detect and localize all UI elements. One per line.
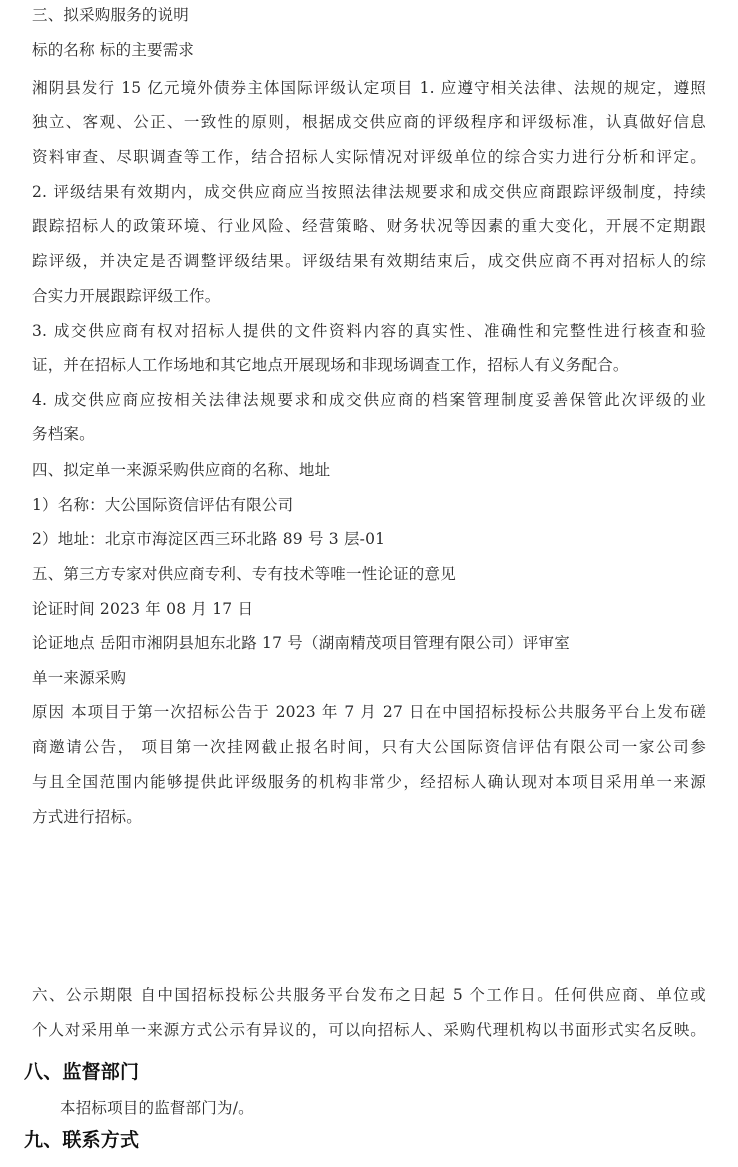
- section-5-heading: 五、第三方专家对供应商专利、专有技术等唯一性论证的意见: [32, 564, 456, 584]
- section-3-subheading: 标的名称 标的主要需求: [32, 40, 194, 60]
- supplier-address: 2）地址：北京市海淀区西三环北路 89 号 3 层-01: [32, 529, 385, 549]
- section-3-line: 合实力开展跟踪评级工作。: [32, 286, 220, 306]
- section-8-heading: 八、监督部门: [24, 1062, 139, 1082]
- section-6-line: 六、公示期限 自中国招标投标公共服务平台发布之日起 5 个工作日。任何供应商、单…: [32, 985, 706, 1005]
- section-9-heading: 九、联系方式: [24, 1130, 139, 1150]
- procurement-method: 单一来源采购: [32, 668, 126, 688]
- reason-line: 商邀请公告， 项目第一次挂网截止报名时间，只有大公国际资信评估有限公司一家公司参: [32, 737, 706, 757]
- section-3-line: 4. 成交供应商应按相关法律法规要求和成交供应商的档案管理制度妥善保管此次评级的…: [32, 390, 706, 410]
- reason-line: 原因 本项目于第一次招标公告于 2023 年 7 月 27 日在中国招标投标公共…: [32, 702, 706, 722]
- reason-line: 与且全国范围内能够提供此评级服务的机构非常少，经招标人确认现对本项目采用单一来源: [32, 772, 706, 792]
- reason-line: 方式进行招标。: [32, 807, 142, 827]
- section-3-line: 湘阴县发行 15 亿元境外债券主体国际评级认定项目 1. 应遵守相关法律、法规的…: [32, 78, 706, 98]
- supervision-text: 本招标项目的监督部门为/。: [60, 1098, 254, 1118]
- review-place: 论证地点 岳阳市湘阴县旭东北路 17 号（湖南精茂项目管理有限公司）评审室: [32, 633, 570, 653]
- section-3-line: 2. 评级结果有效期内，成交供应商应当按照法律法规要求和成交供应商跟踪评级制度，…: [32, 182, 706, 202]
- section-3-line: 务档案。: [32, 424, 95, 444]
- section-3-heading: 三、拟采购服务的说明: [32, 5, 189, 25]
- section-3-line: 证，并在招标人工作场地和其它地点开展现场和非现场调查工作，招标人有义务配合。: [32, 355, 629, 375]
- section-6-line: 个人对采用单一来源方式公示有异议的，可以向招标人、采购代理机构以书面形式实名反映…: [32, 1020, 706, 1040]
- review-time: 论证时间 2023 年 08 月 17 日: [32, 599, 253, 619]
- section-3-line: 3. 成交供应商有权对招标人提供的文件资料内容的真实性、准确性和完整性进行核查和…: [32, 321, 706, 341]
- section-3-line: 独立、客观、公正、一致性的原则，根据成交供应商的评级程序和评级标准，认真做好信息: [32, 112, 706, 132]
- section-3-line: 跟踪招标人的政策环境、行业风险、经营策略、财务状况等因素的重大变化，开展不定期跟: [32, 216, 706, 236]
- section-3-line: 踪评级，并决定是否调整评级结果。评级结果有效期结束后，成交供应商不再对招标人的综: [32, 251, 706, 271]
- section-3-line: 资料审查、尽职调查等工作，结合招标人实际情况对评级单位的综合实力进行分析和评定。: [32, 147, 706, 167]
- supplier-name: 1）名称：大公国际资信评估有限公司: [32, 495, 293, 515]
- section-4-heading: 四、拟定单一来源采购供应商的名称、地址: [32, 460, 330, 480]
